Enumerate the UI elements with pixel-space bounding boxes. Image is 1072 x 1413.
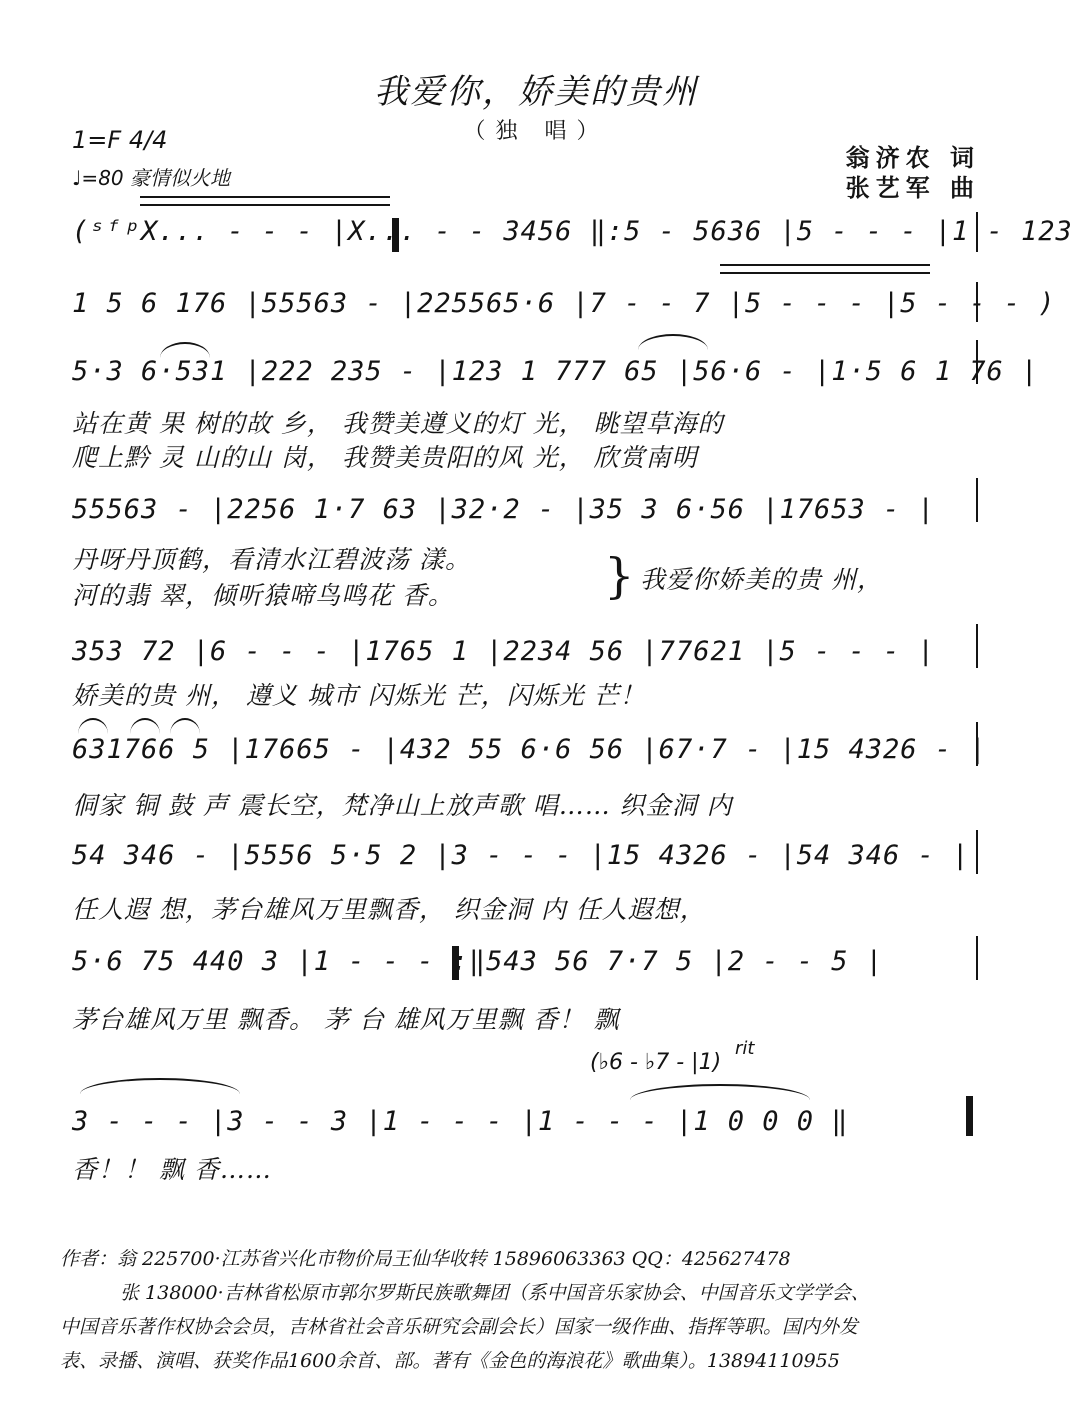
key-signature: 1=F 4/4 — [72, 126, 167, 154]
tempo-marking: ♩=80 豪情似火地 — [72, 162, 230, 191]
author-info-line-2: 张 138000·吉林省松原市郭尔罗斯民族歌舞团（系中国音乐家协会、中国音乐文学… — [60, 1278, 870, 1305]
ossia-passage: (♭6 - ♭7 - |1) — [590, 1050, 721, 1075]
barline — [976, 936, 978, 980]
tie — [80, 1078, 240, 1094]
lyrics-verse-1: 丹呀丹顶鹤，看清水江碧波荡 漾。 — [72, 540, 471, 576]
author-info-line-3: 中国音乐著作权协会会员，吉林省社会音乐研究会副会长）国家一级作曲、指挥等职。国内… — [60, 1312, 858, 1339]
composer-credit: 张艺军 曲 — [846, 168, 980, 203]
barline — [976, 212, 978, 252]
author-info-line-4: 表、录播、演唱、获奖作品1600余首、部。著有《金色的海浪花》歌曲集）。1389… — [60, 1346, 840, 1373]
slur — [170, 718, 200, 734]
barline — [976, 340, 978, 384]
repeat-start-barline — [392, 218, 399, 252]
lyrics-verse-2: 河的翡 翠，倾听猿啼鸟鸣花 香。 — [72, 576, 454, 612]
barline — [976, 282, 978, 322]
score-row-4: 55563 - |2256 1·7 63 |32·2 - |35 3 6·56 … — [72, 494, 935, 525]
brace: } — [604, 548, 636, 604]
barline — [976, 830, 978, 874]
song-title: 我爱你，娇美的贵州 — [0, 64, 1072, 113]
tie — [630, 1084, 810, 1100]
lyrics: 任人遐 想，茅台雄风万里飘香， 织金洞 内 任人遐想， — [72, 890, 706, 926]
slur — [130, 718, 160, 734]
score-row-8: 5·6 75 440 3 |1 - - - :‖543 56 7·7 5 |2 … — [72, 946, 883, 977]
crescendo-line — [140, 196, 390, 198]
lyrics: 香！！ 飘 香…… — [72, 1150, 272, 1186]
lyrics-verse-1: 站在黄 果 树的故 乡， 我赞美遵义的灯 光， 眺望草海的 — [72, 404, 724, 440]
lyrics: 侗家 铜 鼓 声 震长空，梵净山上放声歌 唱…… 织金洞 内 — [72, 786, 733, 822]
lyrics: 茅台雄风万里 飘香。 茅 台 雄风万里飘 香！ 飘 — [72, 1000, 620, 1036]
score-row-1: (ˢᶠᵖX... - - - |X... - - 3456 ‖:5 - 5636… — [72, 216, 1072, 247]
score-row-6: 631766 5 |17665 - |432 55 6·6 56 |67·7 -… — [72, 734, 987, 765]
repeat-end-barline — [452, 946, 459, 980]
barline — [976, 624, 978, 668]
score-row-2: 1 5 6 176 |55563 - |225565·6 |7 - - 7 |5… — [72, 288, 1072, 319]
score-row-9: 3 - - - |3 - - 3 |1 - - - |1 - - - |1 0 … — [72, 1106, 849, 1137]
slur — [78, 718, 108, 734]
lyrics-refrain: 我爱你娇美的贵 州， — [640, 560, 883, 596]
decrescendo-line — [720, 272, 930, 274]
lyrics-verse-2: 爬上黔 灵 山的山 岗， 我赞美贵阳的风 光， 欣赏南明 — [72, 438, 698, 474]
ritardando-mark: rit — [735, 1038, 754, 1059]
decrescendo-line — [720, 264, 930, 266]
slur — [638, 334, 708, 350]
score-row-5: 353 72 |6 - - - |1765 1 |2234 56 |77621 … — [72, 636, 935, 667]
score-row-3: 5·3 6·531 |222 235 - |123 1 777 65 |56·6… — [72, 356, 1038, 387]
barline — [976, 722, 978, 766]
author-info-line-1: 作者：翁 225700·江苏省兴化市物价局王仙华收转 15896063363 Q… — [60, 1244, 791, 1271]
lyrics: 娇美的贵 州， 遵义 城市 闪烁光 芒，闪烁光 芒！ — [72, 676, 646, 712]
final-barline — [966, 1096, 973, 1136]
crescendo-line — [140, 204, 390, 206]
score-row-7: 54 346 - |5556 5·5 2 |3 - - - |15 4326 -… — [72, 840, 969, 871]
barline — [976, 478, 978, 522]
